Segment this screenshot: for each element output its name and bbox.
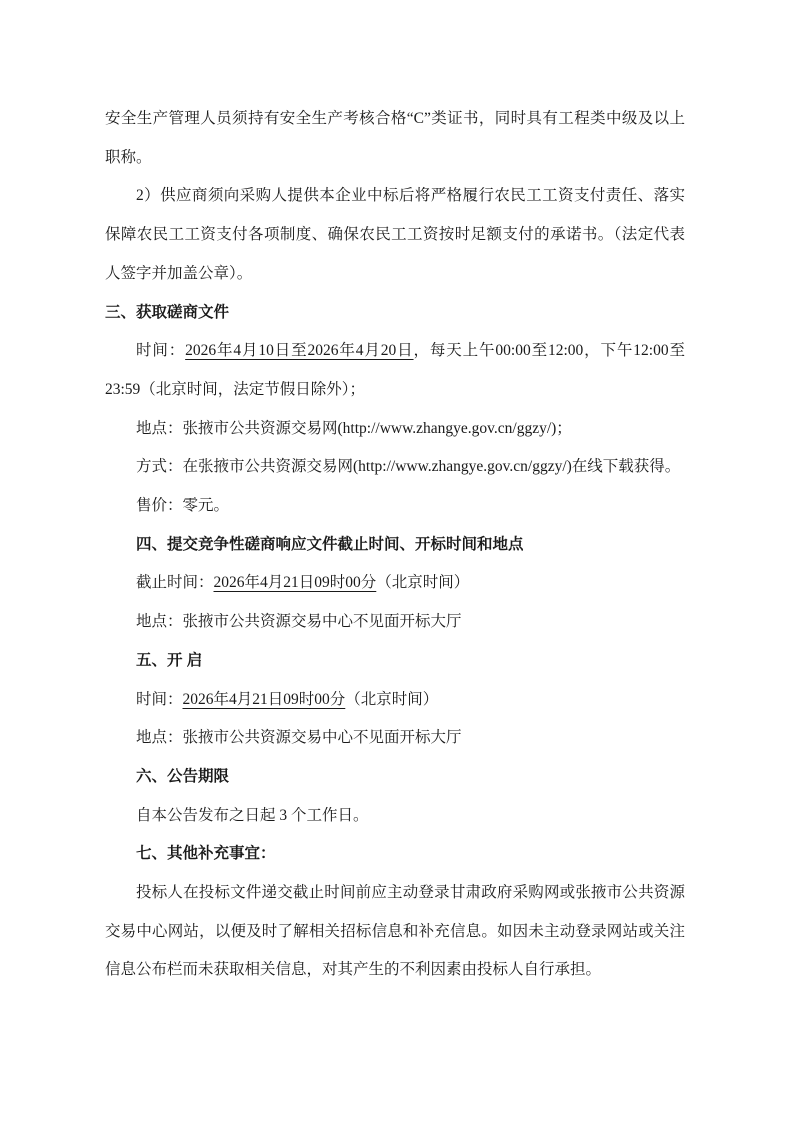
section-5-heading: 五、开 启 <box>105 642 685 681</box>
section-4-location-line: 地点：张掖市公共资源交易中心不见面开标大厅 <box>105 603 685 642</box>
paragraph-supplier-commitment: 2）供应商须向采购人提供本企业中标后将严格履行农民工工资支付责任、落实保障农民工… <box>105 177 685 293</box>
section-6-body: 自本公告发布之日起 3 个工作日。 <box>105 797 685 836</box>
section-3-time-range: 2026年4月10日至2026年4月20日 <box>185 342 413 359</box>
section-6-heading: 六、公告期限 <box>105 758 685 797</box>
section-5-time-label: 时间： <box>136 691 183 708</box>
section-3-location-line: 地点：张掖市公共资源交易网(http://www.zhangye.gov.cn/… <box>105 410 685 449</box>
section-3-time-line: 时间：2026年4月10日至2026年4月20日，每天上午00:00至12:00… <box>105 332 685 409</box>
section-3-heading: 三、获取磋商文件 <box>105 294 685 333</box>
section-5-time-timezone: （北京时间） <box>345 691 438 708</box>
section-5-time-line: 时间：2026年4月21日09时00分（北京时间） <box>105 681 685 720</box>
section-4-deadline-datetime: 2026年4月21日09时00分 <box>214 574 377 591</box>
paragraph-continuation: 安全生产管理人员须持有安全生产考核合格“C”类证书，同时具有工程类中级及以上职称… <box>105 100 685 177</box>
section-4-deadline-timezone: （北京时间） <box>376 574 469 591</box>
section-4-deadline-label: 截止时间： <box>136 574 214 591</box>
section-5-time-datetime: 2026年4月21日09时00分 <box>183 691 346 708</box>
section-3-price-line: 售价：零元。 <box>105 487 685 526</box>
document-page: 安全生产管理人员须持有安全生产考核合格“C”类证书，同时具有工程类中级及以上职称… <box>0 0 793 1122</box>
section-7-body: 投标人在投标文件递交截止时间前应主动登录甘肃政府采购网或张掖市公共资源交易中心网… <box>105 874 685 990</box>
section-4-heading: 四、提交竞争性磋商响应文件截止时间、开标时间和地点 <box>105 526 685 565</box>
section-4-deadline-line: 截止时间：2026年4月21日09时00分（北京时间） <box>105 564 685 603</box>
section-3-method-line: 方式：在张掖市公共资源交易网(http://www.zhangye.gov.cn… <box>105 448 685 487</box>
section-5-location-line: 地点：张掖市公共资源交易中心不见面开标大厅 <box>105 719 685 758</box>
section-7-heading: 七、其他补充事宜： <box>105 835 685 874</box>
section-3-time-label: 时间： <box>136 342 185 359</box>
